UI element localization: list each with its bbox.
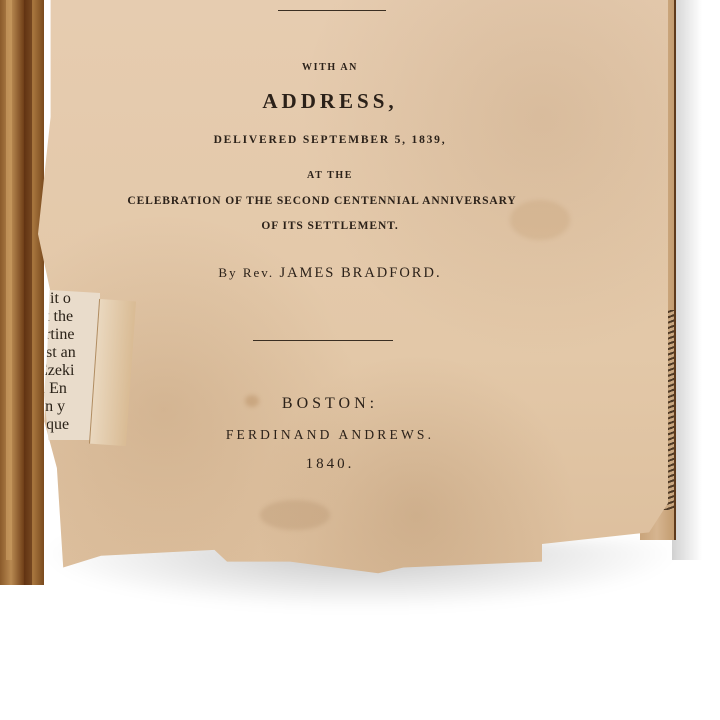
binding-strip — [24, 0, 32, 585]
foxing-stain — [260, 500, 330, 530]
celebration-line-2: OF ITS SETTLEMENT. — [100, 220, 560, 232]
book-spine-binding — [0, 0, 44, 585]
imprint-city: BOSTON: — [100, 395, 560, 413]
top-rule — [278, 10, 386, 11]
celebration-line-1: CELEBRATION OF THE SECOND CENTENNIAL ANN… — [92, 195, 552, 207]
author-prefix: By Rev. — [218, 265, 274, 280]
delivered-date-text: DELIVERED SEPTEMBER 5, 1839, — [100, 134, 560, 146]
author-name: JAMES BRADFORD. — [279, 265, 441, 281]
with-an-text: WITH AN — [100, 62, 560, 73]
middle-rule — [253, 340, 393, 341]
title-page — [38, 0, 668, 585]
imprint-year: 1840. — [100, 456, 560, 473]
author-line: By Rev. JAMES BRADFORD. — [100, 265, 560, 282]
imprint-publisher: FERDINAND ANDREWS. — [100, 427, 560, 443]
address-heading: ADDRESS, — [100, 89, 560, 114]
book-photo: ts a v h o v v if t g it o at the artine… — [0, 0, 720, 720]
binding-strip — [6, 0, 12, 560]
at-the-text: AT THE — [100, 170, 560, 181]
